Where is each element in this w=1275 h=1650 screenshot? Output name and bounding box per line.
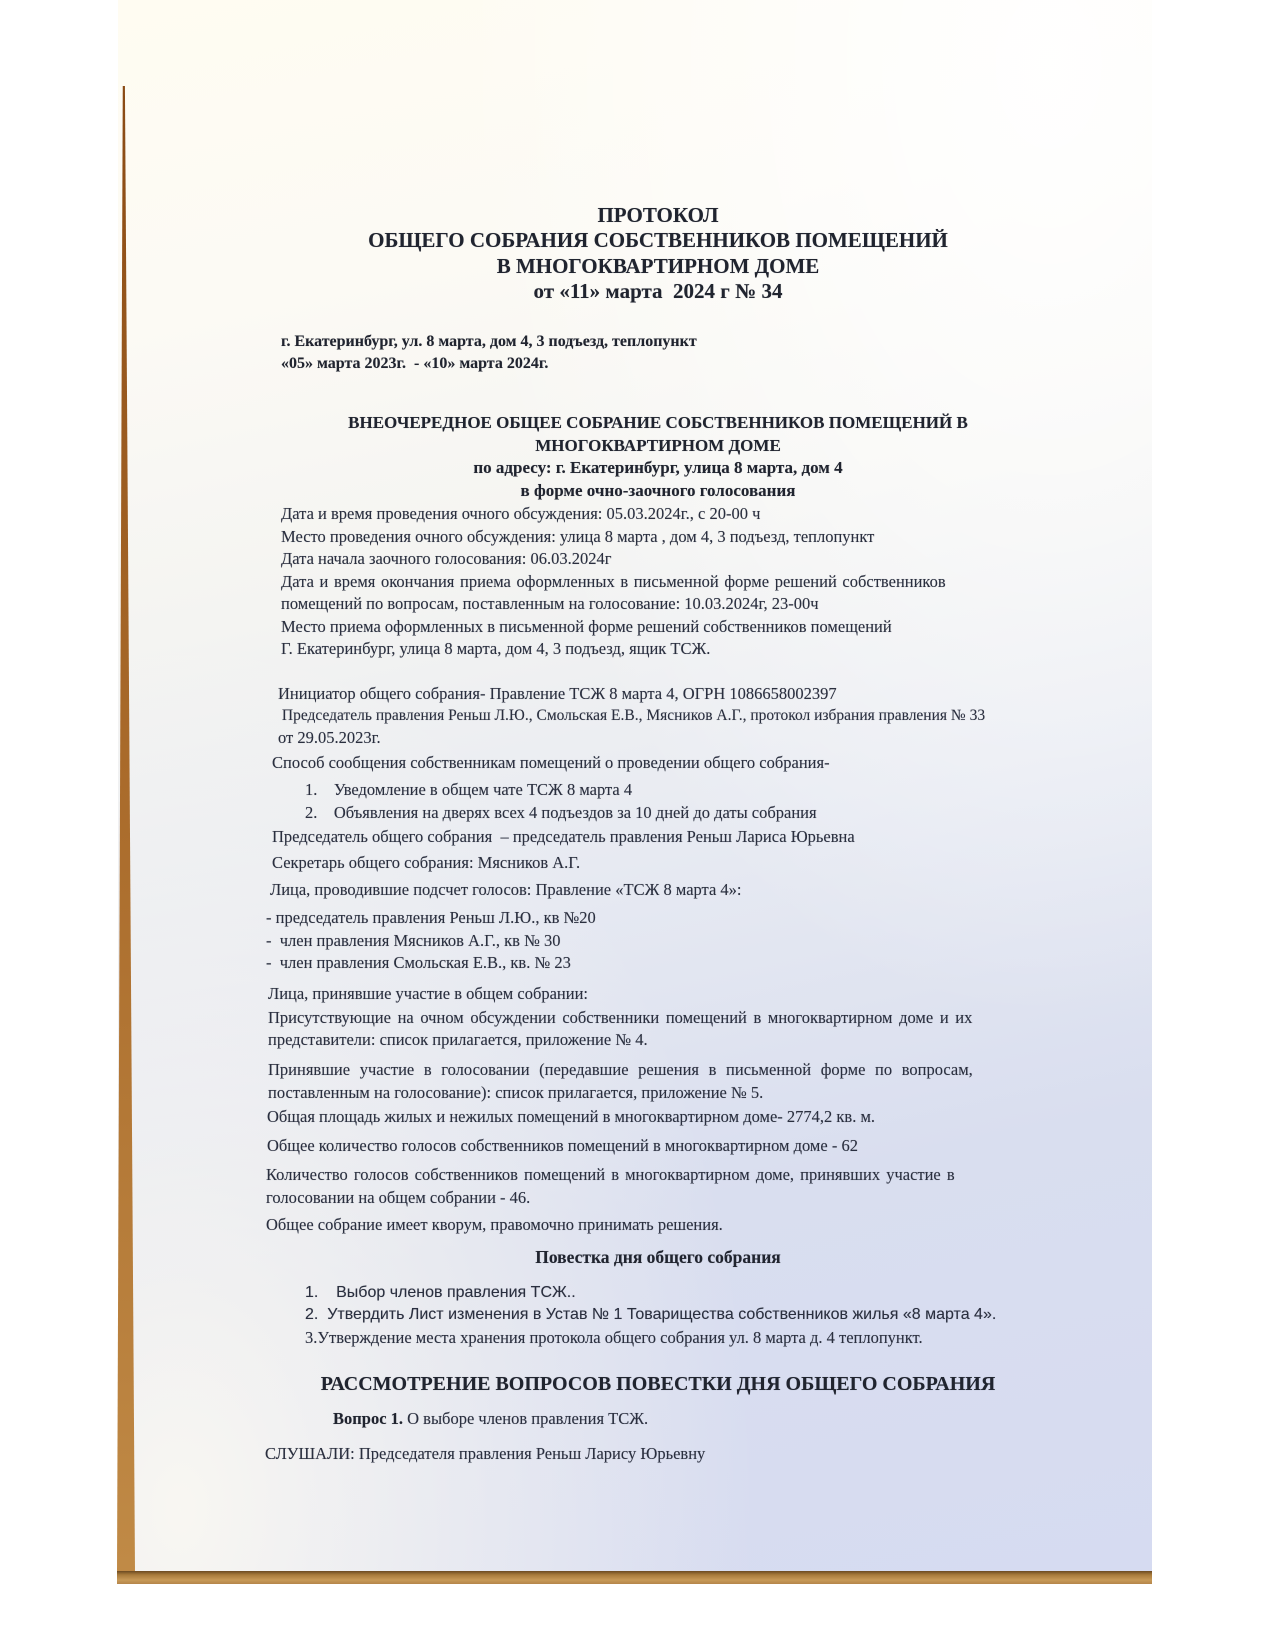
total-votes-line: Общее количество голосов собственников п…	[267, 1135, 1039, 1158]
initiator-line3: от 29.05.2023г.	[278, 727, 1050, 749]
notice-intro-line: Способ сообщения собственникам помещений…	[272, 752, 1044, 775]
total-votes-text: Общее количество голосов собственников п…	[267, 1135, 1039, 1158]
location-block: г. Екатеринбург, ул. 8 марта, дом 4, 3 п…	[281, 331, 1053, 375]
agenda-title-text: Повестка дня общего собрания	[272, 1246, 1044, 1268]
location-period: «05» марта 2023г. - «10» марта 2024г.	[281, 353, 1053, 375]
detail-collect-place-line1: Место приема оформленных в письменной фо…	[281, 616, 1053, 639]
participants-intro-text: Лица, принявшие участие в общем собрании…	[268, 983, 1040, 1006]
present-paragraph: Присутствующие на очном обсуждении собст…	[268, 1007, 1040, 1050]
question-1-line: Вопрос 1. О выборе членов правления ТСЖ.	[333, 1408, 1105, 1431]
meeting-header-form: в форме очно-заочного голосования	[272, 480, 1044, 503]
voted-line1: Принявшие участие в голосовании (передав…	[268, 1058, 1040, 1081]
chairman-text: Председатель общего собрания – председат…	[272, 826, 1044, 849]
meeting-header-line1: ВНЕОЧЕРЕДНОЕ ОБЩЕЕ СОБРАНИЕ СОБСТВЕННИКО…	[272, 412, 1044, 435]
total-area-line: Общая площадь жилых и нежилых помещений …	[267, 1106, 1039, 1129]
detail-deadline-line1: Дата и время окончания приема оформленны…	[281, 571, 1053, 594]
present-line2: представители: список прилагается, прило…	[268, 1029, 1040, 1051]
counter-3: - член правления Смольская Е.В., кв. № 2…	[266, 952, 1038, 975]
participants-intro: Лица, принявшие участие в общем собрании…	[268, 983, 1040, 1006]
meeting-header: ВНЕОЧЕРЕДНОЕ ОБЩЕЕ СОБРАНИЕ СОБСТВЕННИКО…	[272, 412, 1044, 503]
notice-item-2: 2. Объявления на дверях всех 4 подъездов…	[305, 801, 1077, 824]
doc-title-date: от «11» марта 2024 г № 34	[272, 279, 1044, 304]
document-photo: ПРОТОКОЛ ОБЩЕГО СОБРАНИЯ СОБСТВЕННИКОВ П…	[0, 0, 1152, 1584]
quorum-line: Общее собрание имеет кворум, правомочно …	[266, 1214, 1038, 1237]
secretary-line: Секретарь общего собрания: Мясников А.Г.	[272, 852, 1044, 875]
agenda-item-3: 3.Утверждение места хранения протокола о…	[305, 1327, 1077, 1349]
doc-title: ПРОТОКОЛ ОБЩЕГО СОБРАНИЯ СОБСТВЕННИКОВ П…	[272, 203, 1044, 305]
detail-date-inperson: Дата и время проведения очного обсуждени…	[281, 503, 1053, 526]
total-area-text: Общая площадь жилых и нежилых помещений …	[267, 1106, 1039, 1129]
counter-2: - член правления Мясников А.Г., кв № 30	[266, 930, 1038, 953]
meeting-details: Дата и время проведения очного обсуждени…	[281, 503, 1053, 661]
document-content: ПРОТОКОЛ ОБЩЕГО СОБРАНИЯ СОБСТВЕННИКОВ П…	[0, 0, 1152, 1584]
counters-list: - председатель правления Реньш Л.Ю., кв …	[266, 907, 1038, 975]
question-1-label: Вопрос 1.	[333, 1409, 403, 1428]
present-line1: Присутствующие на очном обсуждении собст…	[268, 1007, 1040, 1029]
initiator-block: Инициатор общего собрания- Правление ТСЖ…	[278, 683, 1050, 749]
heard-line: СЛУШАЛИ: Председателя правления Реньш Ла…	[265, 1443, 1037, 1466]
agenda-list: 1. Выбор членов правления ТСЖ.. 2. Утвер…	[305, 1282, 1077, 1349]
counter-1: - председатель правления Реньш Л.Ю., кв …	[266, 907, 1038, 930]
detail-deadline-line2: помещений по вопросам, поставленным на г…	[281, 593, 1053, 616]
voted-line2: поставленным на голосование): список при…	[268, 1081, 1040, 1104]
initiator-line2: Председатель правления Реньш Л.Ю., Смоль…	[278, 705, 1050, 727]
doc-title-line2: ОБЩЕГО СОБРАНИЯ СОБСТВЕННИКОВ ПОМЕЩЕНИЙ	[272, 228, 1044, 253]
location-address: г. Екатеринбург, ул. 8 марта, дом 4, 3 п…	[281, 331, 1053, 353]
detail-absentee-start: Дата начала заочного голосования: 06.03.…	[281, 548, 1053, 571]
chairman-line: Председатель общего собрания – председат…	[272, 826, 1044, 849]
notice-list: 1. Уведомление в общем чате ТСЖ 8 марта …	[305, 778, 1077, 824]
agenda-item-2: 2. Утвердить Лист изменения в Устав № 1 …	[305, 1304, 1077, 1326]
secretary-text: Секретарь общего собрания: Мясников А.Г.	[272, 852, 1044, 875]
counters-intro: Лица, проводившие подсчет голосов: Правл…	[270, 879, 1042, 902]
votes-participated-line2: голосовании на общем собрании - 46.	[266, 1186, 1038, 1209]
counters-intro-text: Лица, проводившие подсчет голосов: Правл…	[270, 879, 1042, 902]
detail-place-inperson: Место проведения очного обсуждения: улиц…	[281, 526, 1053, 549]
meeting-header-line2: МНОГОКВАРТИРНОМ ДОМЕ	[272, 435, 1044, 458]
consideration-header-text: РАССМОТРЕНИЕ ВОПРОСОВ ПОВЕСТКИ ДНЯ ОБЩЕГ…	[272, 1372, 1044, 1396]
meeting-header-address: по адресу: г. Екатеринбург, улица 8 март…	[272, 457, 1044, 480]
quorum-text: Общее собрание имеет кворум, правомочно …	[266, 1214, 1038, 1237]
question-1-text: О выборе членов правления ТСЖ.	[407, 1409, 648, 1428]
doc-title-line1: ПРОТОКОЛ	[272, 203, 1044, 228]
votes-participated-line1: Количество голосов собственников помещен…	[266, 1163, 1038, 1186]
voted-paragraph: Принявшие участие в голосовании (передав…	[268, 1058, 1040, 1104]
detail-collect-place-line2: Г. Екатеринбург, улица 8 марта, дом 4, 3…	[281, 638, 1053, 661]
notice-intro: Способ сообщения собственникам помещений…	[272, 752, 1044, 775]
notice-item-1: 1. Уведомление в общем чате ТСЖ 8 марта …	[305, 778, 1077, 801]
consideration-header: РАССМОТРЕНИЕ ВОПРОСОВ ПОВЕСТКИ ДНЯ ОБЩЕГ…	[272, 1372, 1044, 1396]
agenda-title: Повестка дня общего собрания	[272, 1246, 1044, 1268]
heard-text: СЛУШАЛИ: Председателя правления Реньш Ла…	[265, 1443, 1037, 1466]
votes-participated-paragraph: Количество голосов собственников помещен…	[266, 1163, 1038, 1209]
initiator-line1: Инициатор общего собрания- Правление ТСЖ…	[278, 683, 1050, 705]
agenda-item-1: 1. Выбор членов правления ТСЖ..	[305, 1282, 1077, 1304]
doc-title-line3: В МНОГОКВАРТИРНОМ ДОМЕ	[272, 254, 1044, 279]
